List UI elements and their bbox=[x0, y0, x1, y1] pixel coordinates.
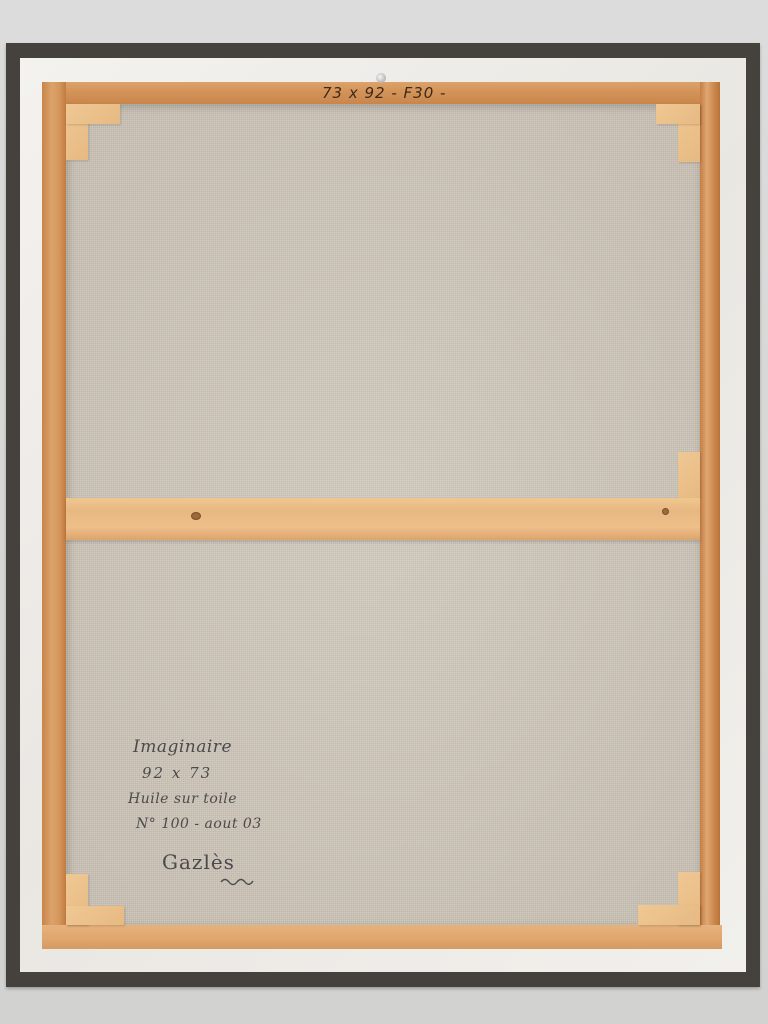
wood-knot bbox=[191, 512, 201, 520]
inscription-title: Imaginaire bbox=[133, 737, 232, 757]
artist-signature: Gazlès bbox=[162, 850, 235, 874]
corner-key-top-left-horizontal bbox=[66, 104, 120, 124]
corner-key-top-right-horizontal bbox=[656, 104, 700, 124]
crossbar-key-right bbox=[678, 452, 700, 498]
corner-key-bottom-right-horizontal bbox=[638, 905, 700, 925]
stretcher-bar-bottom bbox=[42, 925, 722, 949]
signature-flourish-icon bbox=[220, 876, 256, 886]
inscription-number-date: N° 100 - aout 03 bbox=[136, 816, 262, 832]
inscription-dimensions: 92 x 73 bbox=[142, 764, 212, 782]
nail-head bbox=[662, 508, 669, 515]
stretcher-crossbar bbox=[66, 498, 700, 540]
tack-icon bbox=[376, 73, 386, 83]
stretcher-size-label: 73 x 92 - F30 - bbox=[322, 84, 446, 102]
corner-key-bottom-left-horizontal bbox=[66, 906, 124, 925]
stretcher-bar-right bbox=[700, 82, 720, 948]
inscription-medium: Huile sur toile bbox=[128, 791, 237, 807]
stretcher-bar-left bbox=[42, 82, 66, 948]
